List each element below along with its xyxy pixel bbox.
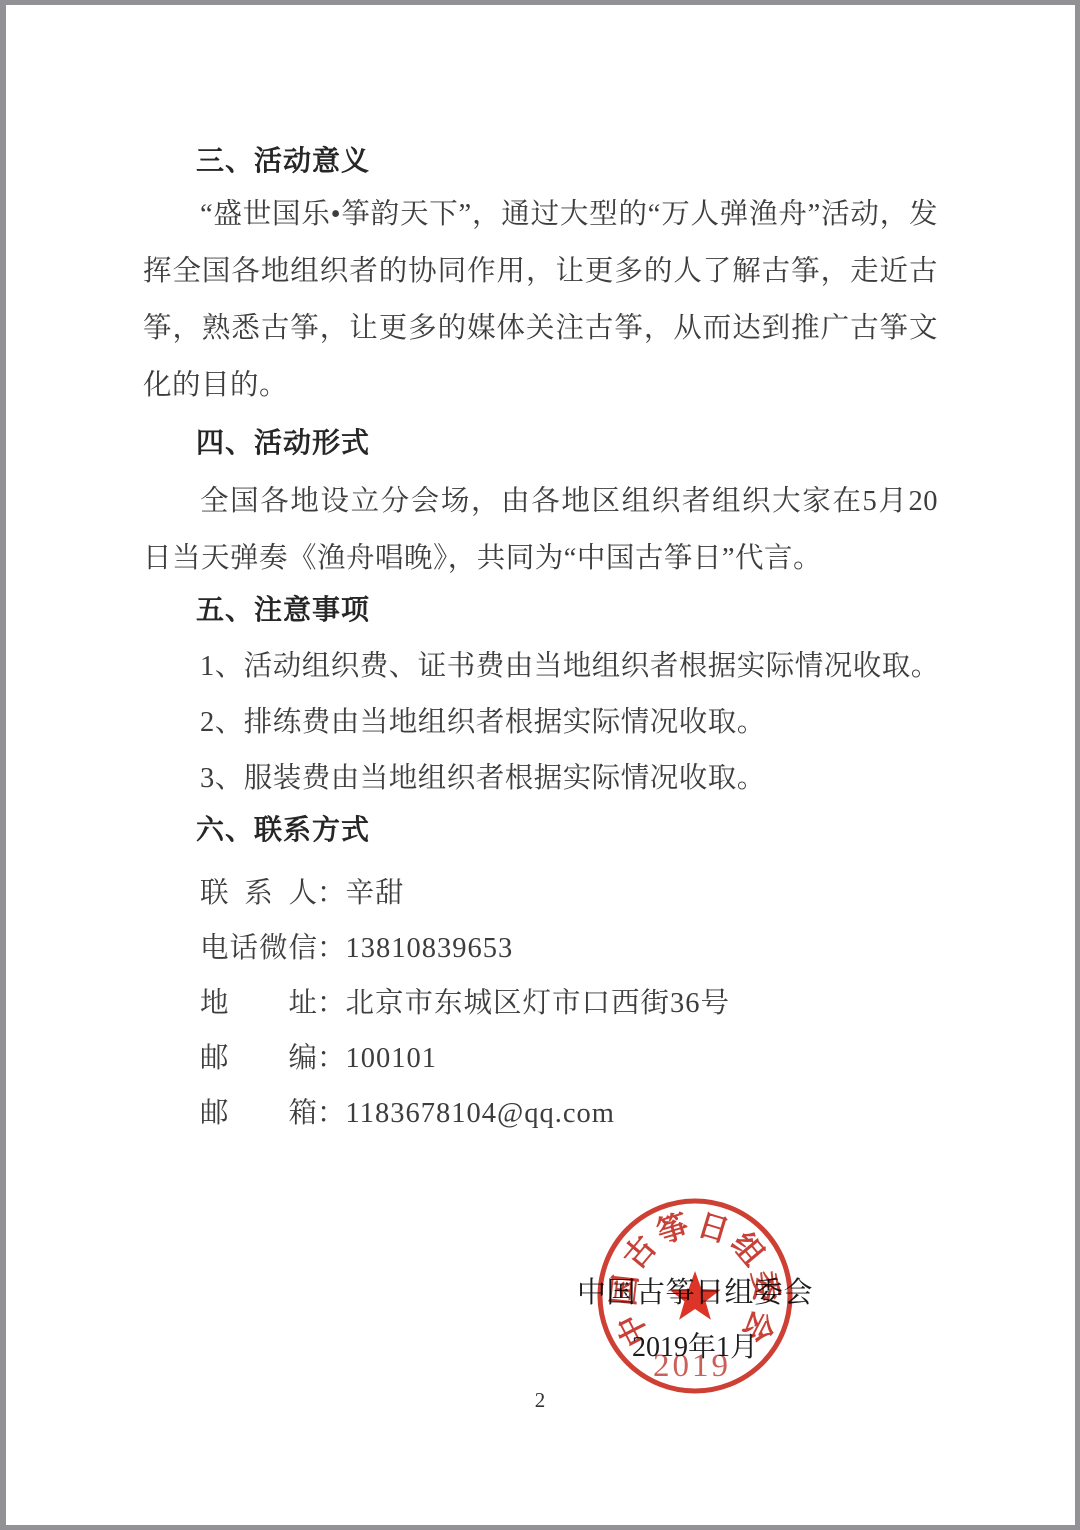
contact-value: 辛甜 bbox=[346, 878, 405, 909]
contact-colon: ： bbox=[317, 866, 346, 921]
contact-colon: ： bbox=[317, 921, 346, 976]
contact-value: 13810839653 bbox=[346, 933, 514, 964]
section-4-paragraph: 全国各地设立分会场，由各地区组织者组织大家在5月20日当天弹奏《渔舟唱晚》，共同… bbox=[143, 473, 938, 587]
contact-row-person: 联系人：辛甜 bbox=[143, 866, 953, 921]
note-item-3: 3、服装费由当地组织者根据实际情况收取。 bbox=[143, 751, 953, 807]
note-item-1: 1、活动组织费、证书费由当地组织者根据实际情况收取。 bbox=[143, 639, 953, 695]
official-stamp: 中国古筝日组委会 2019 bbox=[585, 1186, 805, 1406]
contact-label: 邮箱 bbox=[200, 1086, 317, 1141]
contact-row-email: 邮箱：1183678104@qq.com bbox=[143, 1086, 953, 1141]
contact-label: 邮编 bbox=[200, 1031, 317, 1086]
section-5-heading: 五、注意事项 bbox=[196, 595, 370, 625]
contact-list: 联系人：辛甜 电话微信：13810839653 地址：北京市东城区灯市口西街36… bbox=[143, 866, 953, 1141]
contact-colon: ： bbox=[317, 976, 346, 1031]
contact-colon: ： bbox=[317, 1086, 346, 1141]
section-3-paragraph: “盛世国乐•筝韵天下”，通过大型的“万人弹渔舟”活动，发挥全国各地组织者的协同作… bbox=[143, 186, 938, 414]
section-6-heading: 六、联系方式 bbox=[196, 815, 370, 845]
contact-label: 电话微信 bbox=[200, 921, 317, 976]
notes-list: 1、活动组织费、证书费由当地组织者根据实际情况收取。 2、排练费由当地组织者根据… bbox=[143, 639, 953, 807]
contact-value: 100101 bbox=[346, 1043, 438, 1074]
document-page: 三、活动意义 “盛世国乐•筝韵天下”，通过大型的“万人弹渔舟”活动，发挥全国各地… bbox=[0, 0, 1080, 1530]
contact-value: 北京市东城区灯市口西街36号 bbox=[346, 988, 731, 1019]
stamp-year: 2019 bbox=[653, 1348, 731, 1384]
contact-label: 地址 bbox=[200, 976, 317, 1031]
contact-row-phone: 电话微信：13810839653 bbox=[143, 921, 953, 976]
note-item-2: 2、排练费由当地组织者根据实际情况收取。 bbox=[143, 695, 953, 751]
contact-row-zipcode: 邮编：100101 bbox=[143, 1031, 953, 1086]
contact-row-address: 地址：北京市东城区灯市口西街36号 bbox=[143, 976, 953, 1031]
contact-value: 1183678104@qq.com bbox=[346, 1098, 615, 1129]
contact-colon: ： bbox=[317, 1031, 346, 1086]
contact-label: 联系人 bbox=[200, 866, 317, 921]
section-4-heading: 四、活动形式 bbox=[196, 428, 370, 458]
section-3-heading: 三、活动意义 bbox=[196, 146, 370, 176]
stamp-star-icon bbox=[669, 1271, 720, 1320]
page-number: 2 bbox=[0, 1388, 1080, 1413]
